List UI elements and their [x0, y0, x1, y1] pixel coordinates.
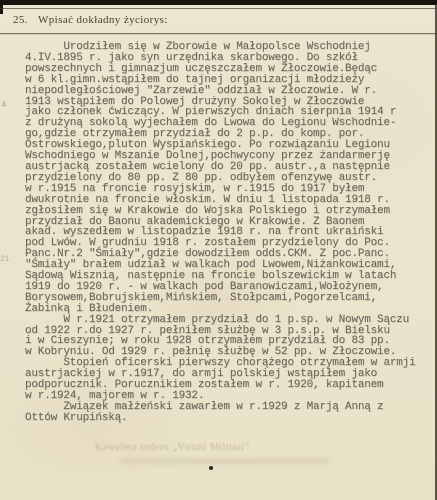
biography-paragraph-4: Związek małżeński zawarłem w r.1929 z Ma… [25, 402, 433, 424]
bleed-through-smudge [120, 458, 330, 465]
biography-paragraph-1: Urodziłem się w Zborowie w Małopolsce Ws… [25, 42, 433, 315]
margin-artifact-b: 21 [0, 255, 10, 264]
horizontal-rule-under-header [0, 33, 437, 34]
scan-edge-top [0, 0, 437, 5]
scanned-document-page: 25. Wpisać dokładny życiorys: Urodziłem … [0, 0, 437, 500]
biography-paragraph-2: W r.1921 otrzymałem przydział do 1 p.sp.… [25, 315, 433, 359]
question-number: 25. [13, 14, 28, 26]
horizontal-rule-top [0, 8, 437, 9]
margin-artifact-a: 4 [1, 100, 6, 110]
bleed-through-text: Kawalera orderu „Virtuti Militari” [95, 442, 425, 453]
scan-edge-left [0, 0, 3, 14]
question-label: Wpisać dokładny życiorys: [38, 14, 168, 26]
biography-typewritten-text: Urodziłem się w Zborowie w Małopolsce Ws… [25, 42, 433, 424]
biography-paragraph-3: Stopień oficerski pierwszy chorążego otr… [25, 358, 433, 402]
ink-dot [209, 466, 213, 470]
